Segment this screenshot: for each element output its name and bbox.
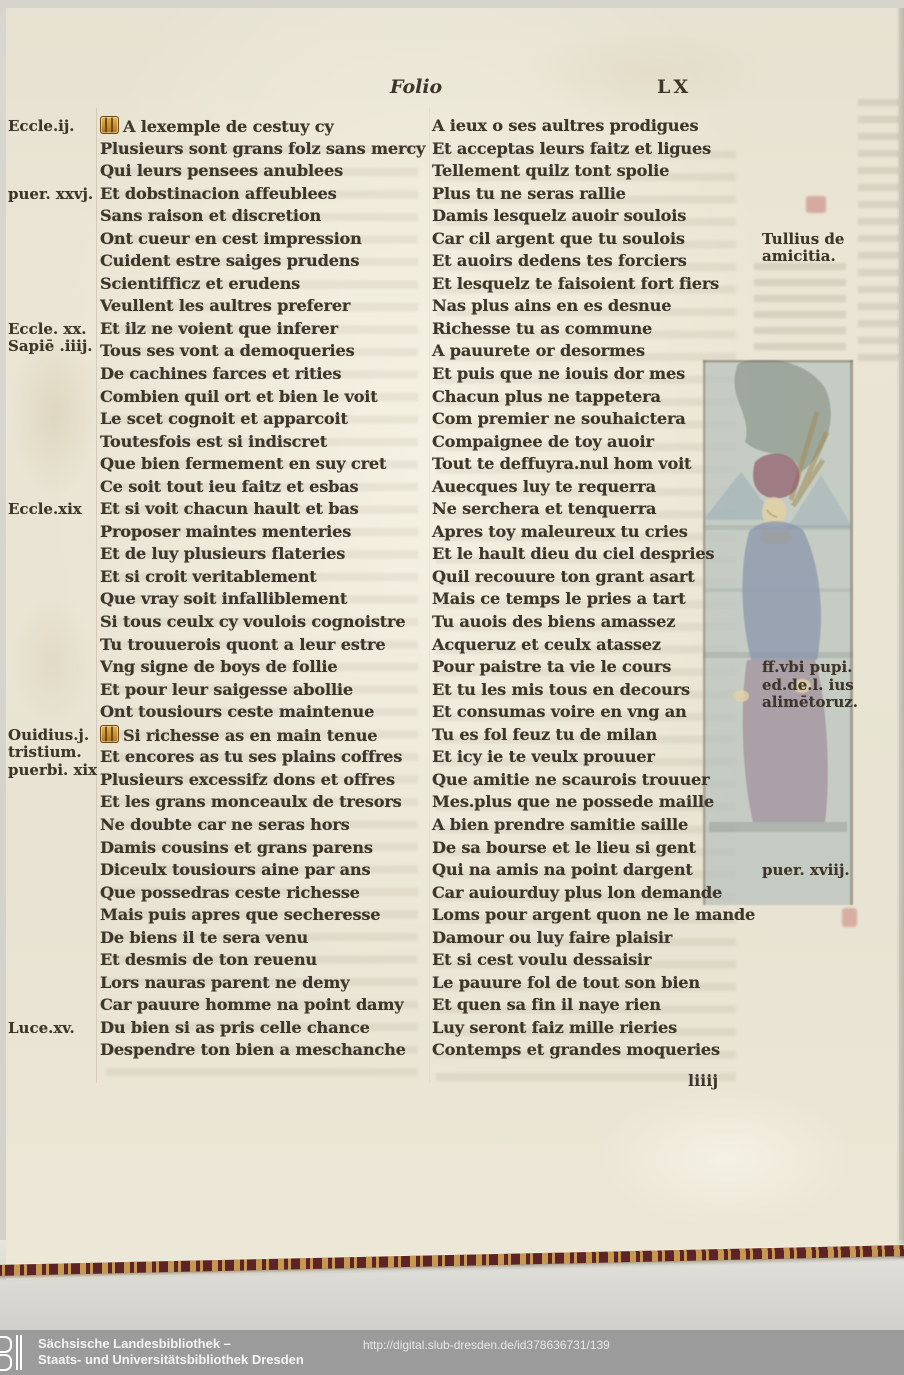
- verse-text: Ont cueur en cest impression: [100, 229, 362, 248]
- verse-line: Tu auois des biens amassez: [432, 612, 755, 635]
- verse-line: Ce soit tout ieu faitz et esbas: [100, 477, 425, 500]
- verse-line: Et si cest voulu dessaisir: [432, 950, 755, 973]
- verse-text: Tu auois des biens amassez: [432, 612, 675, 631]
- verse-line: A ieux o ses aultres prodigues: [432, 116, 755, 139]
- verse-line: Diceulx tousiours aine par ans: [100, 860, 425, 883]
- margin-note: ff.vbi pupi.ed.de.l. iusalimētoruz.: [762, 659, 858, 712]
- slub-logo-bar: [20, 1335, 22, 1370]
- verse-line: Et si voit chacun hault et bas: [100, 499, 425, 522]
- verse-text: A bien prendre samitie saille: [432, 815, 688, 834]
- verse-text: Contemps et grandes moqueries: [432, 1040, 720, 1059]
- verse-line: Plusieurs sont grans folz sans mercy: [100, 139, 425, 162]
- ruling-line: [429, 108, 430, 1083]
- slub-logo-bar: [16, 1335, 18, 1370]
- library-name-line2: Staats- und Universitätsbibliothek Dresd…: [38, 1352, 304, 1368]
- verse-text: Et si voit chacun hault et bas: [100, 499, 359, 518]
- parchment-stain: [12, 598, 92, 728]
- margin-note-line: Eccle.ij.: [8, 118, 75, 136]
- verse-line: Et quen sa fin il naye rien: [432, 995, 755, 1018]
- verse-line: Et auoirs dedens tes forciers: [432, 251, 755, 274]
- verse-text: Tout te deffuyra.nul hom voit: [432, 454, 691, 473]
- verse-line: Combien quil ort et bien le voit: [100, 387, 425, 410]
- margin-note-line: ff.vbi pupi.: [762, 659, 858, 677]
- verse-text: Com premier ne souhaictera: [432, 409, 686, 428]
- verse-line: Tu trouuerois quont a leur estre: [100, 635, 425, 658]
- verse-line: De cachines farces et rities: [100, 364, 425, 387]
- verse-text: A pauurete or desormes: [432, 341, 645, 360]
- verse-text: Sans raison et discretion: [100, 206, 321, 225]
- verse-text: Tu es fol feuz tu de milan: [432, 725, 657, 744]
- verse-line: Et si croit veritablement: [100, 567, 425, 590]
- verse-text: Mes.plus que ne possede maille: [432, 792, 714, 811]
- verse-line: Et le hault dieu du ciel despries: [432, 544, 755, 567]
- verse-line: Et de luy plusieurs flateries: [100, 544, 425, 567]
- verse-line: Car auiourduy plus lon demande: [432, 883, 755, 906]
- verse-text: Et acceptas leurs faitz et ligues: [432, 139, 711, 158]
- verse-text: Chacun plus ne tappetera: [432, 387, 661, 406]
- folio-label: Folio: [390, 76, 442, 98]
- verse-text: Que possedras ceste richesse: [100, 883, 360, 902]
- illuminated-initial: [100, 725, 119, 743]
- margin-note-line: puer. xxvj.: [8, 186, 93, 204]
- verse-text: Le scet cognoit et apparcoit: [100, 409, 348, 428]
- verse-text: Lors nauras parent ne demy: [100, 973, 349, 992]
- verse-text: Car auiourduy plus lon demande: [432, 883, 722, 902]
- digitized-book-scan: Folio LX: [0, 0, 904, 1375]
- verse-text: Proposer maintes menteries: [100, 522, 351, 541]
- verse-text: Scientifficz et erudens: [100, 274, 300, 293]
- verse-line: De biens il te sera venu: [100, 928, 425, 951]
- verse-text: Qui leurs pensees anublees: [100, 161, 343, 180]
- verse-text: Que vray soit infalliblement: [100, 589, 347, 608]
- verse-text: Si tous ceulx cy voulois cognoistre: [100, 612, 405, 631]
- verse-text: Du bien si as pris celle chance: [100, 1018, 370, 1037]
- margin-note: Eccle.ij.: [8, 118, 75, 136]
- verse-text: Apres toy maleureux tu cries: [432, 522, 688, 541]
- verse-text: Et le hault dieu du ciel despries: [432, 544, 714, 563]
- verse-text: De biens il te sera venu: [100, 928, 308, 947]
- verse-text: Damour ou luy faire plaisir: [432, 928, 672, 947]
- verse-line: Et lesquelz te faisoient fort fiers: [432, 274, 755, 297]
- verse-text: Car cil argent que tu soulois: [432, 229, 685, 248]
- verse-line: Chacun plus ne tappetera: [432, 387, 755, 410]
- verse-line: Qui leurs pensees anublees: [100, 161, 425, 184]
- verse-line: Damis lesquelz auoir soulois: [432, 206, 755, 229]
- verse-text: Car pauure homme na point damy: [100, 995, 403, 1014]
- footer-url: http://digital.slub-dresden.de/id3786367…: [363, 1338, 610, 1352]
- parchment-stain: [526, 28, 766, 118]
- verse-line: Plus tu ne seras rallie: [432, 184, 755, 207]
- margin-note-line: puer. xviij.: [762, 862, 850, 880]
- verse-line: Damour ou luy faire plaisir: [432, 928, 755, 951]
- verse-text: Luy seront faiz mille rieries: [432, 1018, 677, 1037]
- verse-line: Tous ses vont a demoqueries: [100, 341, 425, 364]
- verse-line: Veullent les aultres preferer: [100, 296, 425, 319]
- library-name: Sächsische Landesbibliothek – Staats- un…: [38, 1336, 304, 1368]
- illuminated-initial: [100, 116, 119, 134]
- verse-line: A lexemple de cestuy cy: [100, 116, 425, 139]
- ruling-line: [96, 108, 97, 1083]
- verse-text: Et ilz ne voient que inferer: [100, 319, 338, 338]
- verse-text: Et pour leur saigesse abollie: [100, 680, 353, 699]
- slub-logo-glyph: [0, 1336, 12, 1353]
- verse-line: Compaignee de toy auoir: [432, 432, 755, 455]
- verse-line: Car cil argent que tu soulois: [432, 229, 755, 252]
- verse-text: Richesse tu as commune: [432, 319, 652, 338]
- verse-text: Damis cousins et grans parens: [100, 838, 373, 857]
- margin-note-line: Eccle.xix: [8, 501, 82, 519]
- verse-line: Et desmis de ton reuenu: [100, 950, 425, 973]
- verse-line: Et tu les mis tous en decours: [432, 680, 755, 703]
- verse-text: Que amitie ne scaurois trouuer: [432, 770, 709, 789]
- verse-text: Le pauure fol de tout son bien: [432, 973, 700, 992]
- verse-line: Nas plus ains en es desnue: [432, 296, 755, 319]
- margin-note: Luce.xv.: [8, 1020, 75, 1038]
- page-surface: Folio LX: [6, 8, 899, 1280]
- verse-line: Le pauure fol de tout son bien: [432, 973, 755, 996]
- verse-text: Et lesquelz te faisoient fort fiers: [432, 274, 719, 293]
- verse-line: Apres toy maleureux tu cries: [432, 522, 755, 545]
- verse-text: Et quen sa fin il naye rien: [432, 995, 661, 1014]
- verse-line: Le scet cognoit et apparcoit: [100, 409, 425, 432]
- verse-line: Proposer maintes menteries: [100, 522, 425, 545]
- slub-logo-icon: [0, 1334, 30, 1372]
- verse-text: Et auoirs dedens tes forciers: [432, 251, 687, 270]
- verse-text: Et consumas voire en vng an: [432, 702, 687, 721]
- verse-text: Si richesse as en main tenue: [123, 726, 377, 745]
- manuscript-page: Folio LX: [6, 8, 899, 1280]
- verse-line: Et pour leur saigesse abollie: [100, 680, 425, 703]
- margin-note-line: puerbi. xix: [8, 762, 97, 780]
- verse-line: Et consumas voire en vng an: [432, 702, 755, 725]
- verse-text: Que bien fermement en suy cret: [100, 454, 386, 473]
- margin-note-line: amicitia.: [762, 248, 844, 266]
- verse-line: Ont cueur en cest impression: [100, 229, 425, 252]
- verse-line: Luy seront faiz mille rieries: [432, 1018, 755, 1041]
- verse-line: Damis cousins et grans parens: [100, 838, 425, 861]
- verse-text: Qui na amis na point dargent: [432, 860, 693, 879]
- verse-line: Que bien fermement en suy cret: [100, 454, 425, 477]
- verse-line: Tellement quilz tont spolie: [432, 161, 755, 184]
- verse-text: Mais ce temps le pries a tart: [432, 589, 686, 608]
- library-name-line1: Sächsische Landesbibliothek –: [38, 1336, 304, 1352]
- verse-line: Que possedras ceste richesse: [100, 883, 425, 906]
- verse-line: Despendre ton bien a meschanche: [100, 1040, 425, 1063]
- verse-text: Acqueruz et ceulx atassez: [432, 635, 661, 654]
- verse-text: Et si cest voulu dessaisir: [432, 950, 651, 969]
- quire-signature: liiij: [688, 1071, 718, 1090]
- verse-line: Ne serchera et tenquerra: [432, 499, 755, 522]
- verse-text: A ieux o ses aultres prodigues: [432, 116, 698, 135]
- verse-line: Que vray soit infalliblement: [100, 589, 425, 612]
- margin-note-line: Ouidius.j.: [8, 727, 97, 745]
- verse-line: Du bien si as pris celle chance: [100, 1018, 425, 1041]
- verse-text: Mais puis apres que secheresse: [100, 905, 380, 924]
- verse-line: Tout te deffuyra.nul hom voit: [432, 454, 755, 477]
- margin-note: Eccle. xx.Sapiē .iiij.: [8, 321, 92, 356]
- verse-line: Et encores as tu ses plains coffres: [100, 747, 425, 770]
- slub-logo-glyph: [0, 1354, 12, 1371]
- verse-line: Quil recouure ton grant asart: [432, 567, 755, 590]
- verse-line: Ont tousiours ceste maintenue: [100, 702, 425, 725]
- verse-line: Tu es fol feuz tu de milan: [432, 725, 755, 748]
- verse-line: Richesse tu as commune: [432, 319, 755, 342]
- verse-text: Auecques luy te requerra: [432, 477, 656, 496]
- verse-line: A pauurete or desormes: [432, 341, 755, 364]
- left-text-column: A lexemple de cestuy cyPlusieurs sont gr…: [100, 116, 425, 1063]
- verse-text: Cuident estre saiges prudens: [100, 251, 359, 270]
- verse-text: Plus tu ne seras rallie: [432, 184, 626, 203]
- verse-line: A bien prendre samitie saille: [432, 815, 755, 838]
- margin-note-line: Luce.xv.: [8, 1020, 75, 1038]
- margin-note-line: Eccle. xx.: [8, 321, 92, 339]
- verse-text: Quil recouure ton grant asart: [432, 567, 694, 586]
- verse-text: Damis lesquelz auoir soulois: [432, 206, 686, 225]
- verse-text: Combien quil ort et bien le voit: [100, 387, 378, 406]
- verse-text: Et si croit veritablement: [100, 567, 317, 586]
- verse-text: Diceulx tousiours aine par ans: [100, 860, 370, 879]
- verse-line: Et puis que ne iouis dor mes: [432, 364, 755, 387]
- verse-text: Loms pour argent quon ne le mande: [432, 905, 755, 924]
- verse-line: Mais ce temps le pries a tart: [432, 589, 755, 612]
- verse-line: Com premier ne souhaictera: [432, 409, 755, 432]
- verse-line: Lors nauras parent ne demy: [100, 973, 425, 996]
- verse-text: Ne serchera et tenquerra: [432, 499, 656, 518]
- showthrough-rubric-mark: [842, 908, 857, 927]
- right-text-column: A ieux o ses aultres prodiguesEt accepta…: [432, 116, 755, 1063]
- verse-line: Si tous ceulx cy voulois cognoistre: [100, 612, 425, 635]
- verse-line: Que amitie ne scaurois trouuer: [432, 770, 755, 793]
- verse-text: Plusieurs excessifz dons et offres: [100, 770, 395, 789]
- verse-text: A lexemple de cestuy cy: [123, 117, 334, 136]
- footer-bar: Sächsische Landesbibliothek – Staats- un…: [0, 1330, 904, 1375]
- margin-note-line: Sapiē .iiij.: [8, 338, 92, 356]
- verse-line: Plusieurs excessifz dons et offres: [100, 770, 425, 793]
- verse-line: De sa bourse et le lieu si gent: [432, 838, 755, 861]
- verse-line: Cuident estre saiges prudens: [100, 251, 425, 274]
- verse-text: Ont tousiours ceste maintenue: [100, 702, 374, 721]
- margin-note-line: tristium.: [8, 744, 97, 762]
- verse-text: Et desmis de ton reuenu: [100, 950, 317, 969]
- verse-line: Si richesse as en main tenue: [100, 725, 425, 748]
- verse-text: De cachines farces et rities: [100, 364, 341, 383]
- margin-note: puer. xxvj.: [8, 186, 93, 204]
- verse-text: Et icy ie te veulx prouuer: [432, 747, 655, 766]
- verse-text: Plusieurs sont grans folz sans mercy: [100, 139, 425, 158]
- verse-text: Et puis que ne iouis dor mes: [432, 364, 685, 383]
- margin-note-line: ed.de.l. ius: [762, 677, 858, 695]
- margin-note: Eccle.xix: [8, 501, 82, 519]
- margin-note: Tullius deamicitia.: [762, 231, 844, 266]
- verse-line: Mais puis apres que secheresse: [100, 905, 425, 928]
- verse-line: Toutesfois est si indiscret: [100, 432, 425, 455]
- margin-note-line: Tullius de: [762, 231, 844, 249]
- verse-line: Et dobstinacion affeublees: [100, 184, 425, 207]
- verse-text: Nas plus ains en es desnue: [432, 296, 671, 315]
- verso-showthrough-note: [754, 260, 846, 350]
- verse-text: Ne doubte car ne seras hors: [100, 815, 350, 834]
- verse-line: Pour paistre ta vie le cours: [432, 657, 755, 680]
- verse-text: Tu trouuerois quont a leur estre: [100, 635, 385, 654]
- page-edge-shadow: [896, 8, 904, 1258]
- verse-text: Tous ses vont a demoqueries: [100, 341, 355, 360]
- verse-text: Et les grans monceaulx de tresors: [100, 792, 402, 811]
- verse-line: Car pauure homme na point damy: [100, 995, 425, 1018]
- verse-line: Et icy ie te veulx prouuer: [432, 747, 755, 770]
- verse-line: Qui na amis na point dargent: [432, 860, 755, 883]
- parchment-stain: [596, 1088, 856, 1228]
- verse-line: Vng signe de boys de follie: [100, 657, 425, 680]
- verse-line: Sans raison et discretion: [100, 206, 425, 229]
- verse-line: Acqueruz et ceulx atassez: [432, 635, 755, 658]
- showthrough-rubric-mark: [806, 196, 826, 213]
- margin-note: puer. xviij.: [762, 862, 850, 880]
- folio-number: LX: [657, 76, 691, 98]
- verse-text: Despendre ton bien a meschanche: [100, 1040, 406, 1059]
- verse-text: Ce soit tout ieu faitz et esbas: [100, 477, 358, 496]
- verse-text: Et tu les mis tous en decours: [432, 680, 690, 699]
- margin-note-line: alimētoruz.: [762, 694, 858, 712]
- verse-line: Scientifficz et erudens: [100, 274, 425, 297]
- verse-text: Tellement quilz tont spolie: [432, 161, 669, 180]
- verse-text: Compaignee de toy auoir: [432, 432, 654, 451]
- verse-text: Pour paistre ta vie le cours: [432, 657, 671, 676]
- margin-note: Ouidius.j.tristium.puerbi. xix: [8, 727, 97, 780]
- verse-line: Et acceptas leurs faitz et ligues: [432, 139, 755, 162]
- verse-line: Mes.plus que ne possede maille: [432, 792, 755, 815]
- verse-text: Veullent les aultres preferer: [100, 296, 350, 315]
- verse-text: Vng signe de boys de follie: [100, 657, 337, 676]
- verse-line: Ne doubte car ne seras hors: [100, 815, 425, 838]
- verse-line: Et ilz ne voient que inferer: [100, 319, 425, 342]
- verse-text: Et de luy plusieurs flateries: [100, 544, 345, 563]
- verse-line: Contemps et grandes moqueries: [432, 1040, 755, 1063]
- verse-text: Et dobstinacion affeublees: [100, 184, 337, 203]
- verse-line: Auecques luy te requerra: [432, 477, 755, 500]
- verse-text: Et encores as tu ses plains coffres: [100, 747, 402, 766]
- verse-text: Toutesfois est si indiscret: [100, 432, 327, 451]
- verse-text: De sa bourse et le lieu si gent: [432, 838, 696, 857]
- verse-line: Et les grans monceaulx de tresors: [100, 792, 425, 815]
- verse-line: Loms pour argent quon ne le mande: [432, 905, 755, 928]
